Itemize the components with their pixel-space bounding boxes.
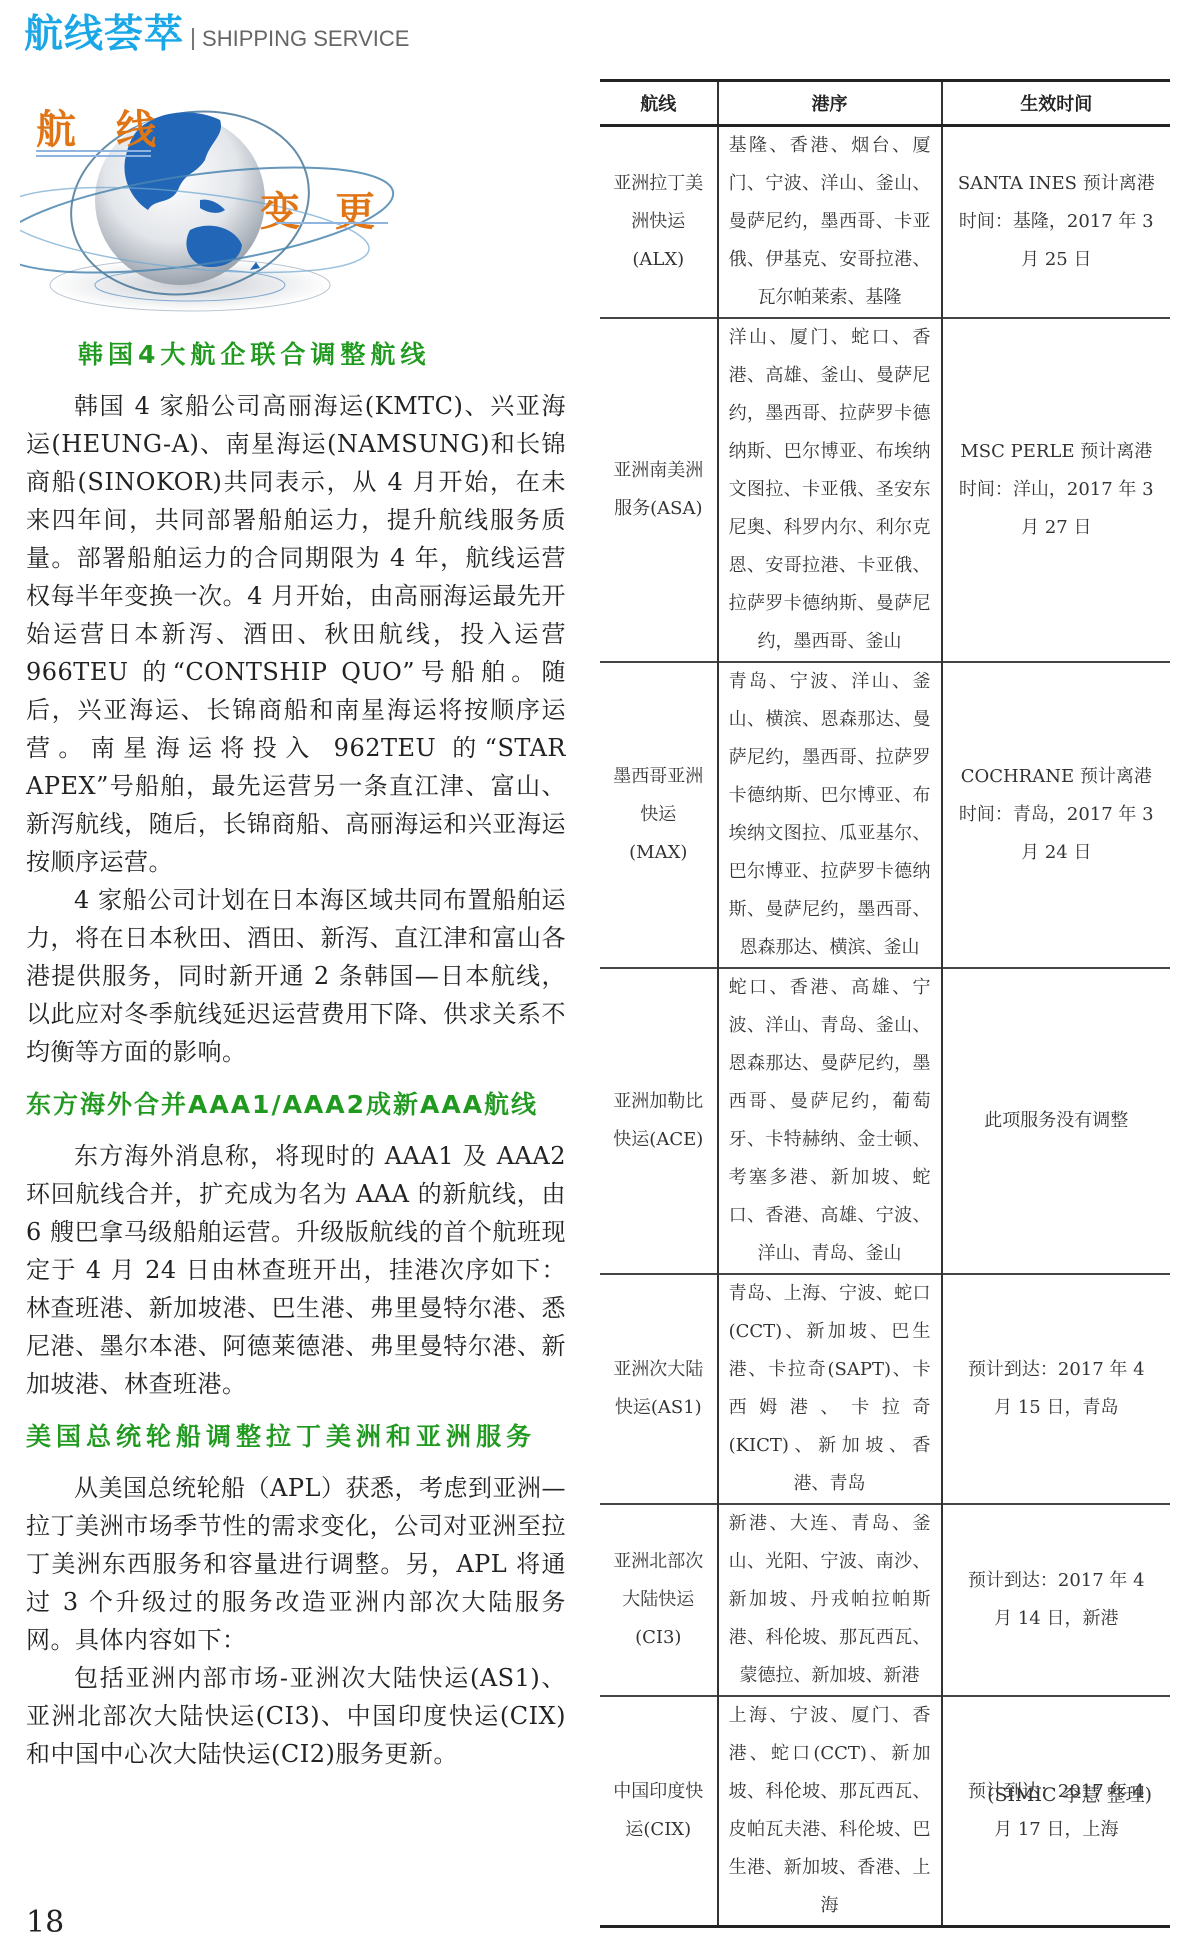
article-apl-paragraph-2: 包括亚洲内部市场-亚洲次大陆快运(AS1)、亚洲北部次大陆快运(CI3)、中国印…: [26, 1659, 566, 1773]
hero-underline-2: [36, 155, 151, 157]
article-title-apl: 美国总统轮船调整拉丁美洲和亚洲服务: [26, 1417, 566, 1457]
route-cell: 亚洲北部次大陆快运(CI3): [600, 1504, 718, 1696]
effective-cell: MSC PERLE 预计离港时间：洋山，2017 年 3 月 27 日: [942, 318, 1170, 662]
effective-cell: 预计到达：2017 年 4 月 14 日，新港: [942, 1504, 1170, 1696]
route-cell: 亚洲加勒比快运(ACE): [600, 968, 718, 1274]
hero-underline-3: [276, 222, 388, 224]
route-cell: 亚洲次大陆快运(AS1): [600, 1274, 718, 1504]
masthead-title-cn: 航线荟萃: [24, 12, 184, 58]
masthead-title-en: SHIPPING SERVICE: [202, 24, 409, 54]
hero-word-2: 线: [116, 98, 156, 155]
ports-cell: 青岛、上海、宁波、蛇口(CCT)、新加坡、巴生港、卡拉奇(SAPT)、卡西姆港、…: [718, 1274, 942, 1504]
route-cell: 墨西哥亚洲快运(MAX): [600, 662, 718, 968]
column-header-route: 航线: [600, 81, 718, 126]
article-apl-paragraph-1: 从美国总统轮船（APL）获悉，考虑到亚洲—拉丁美洲市场季节性的需求变化，公司对亚…: [26, 1469, 566, 1659]
column-header-effective: 生效时间: [942, 81, 1170, 126]
route-changes-table: 航线 港序 生效时间 亚洲拉丁美洲快运(ALX) 基隆、香港、烟台、厦门、宁波、…: [600, 79, 1170, 1928]
column-header-ports: 港序: [718, 81, 942, 126]
page-number: 18: [26, 1905, 64, 1940]
hero-word-4: 更: [335, 180, 375, 237]
article-oocl-paragraph-1: 东方海外消息称，将现时的 AAA1 及 AAA2 环回航线合并，扩充成为名为 A…: [26, 1137, 566, 1403]
table-row: 中国印度快运(CIX) 上海、宁波、厦门、香港、蛇口(CCT)、新加坡、科伦坡、…: [600, 1696, 1170, 1927]
ports-cell: 蛇口、香港、高雄、宁波、洋山、青岛、釜山、恩森那达、曼萨尼约，墨西哥、曼萨尼约，…: [718, 968, 942, 1274]
route-cell: 中国印度快运(CIX): [600, 1696, 718, 1927]
ports-cell: 洋山、厦门、蛇口、香港、高雄、釜山、曼萨尼约，墨西哥、拉萨罗卡德纳斯、巴尔博亚、…: [718, 318, 942, 662]
table-row: 亚洲南美洲服务(ASA) 洋山、厦门、蛇口、香港、高雄、釜山、曼萨尼约，墨西哥、…: [600, 318, 1170, 662]
article-korea-paragraph-1: 韩国 4 家船公司高丽海运(KMTC)、兴亚海运(HEUNG-A)、南星海运(N…: [26, 387, 566, 881]
globe-icon: [20, 80, 460, 320]
hero-word-1: 航: [36, 98, 76, 155]
table-row: 亚洲次大陆快运(AS1) 青岛、上海、宁波、蛇口(CCT)、新加坡、巴生港、卡拉…: [600, 1274, 1170, 1504]
masthead: 航线荟萃 SHIPPING SERVICE: [24, 8, 409, 58]
route-cell: 亚洲拉丁美洲快运(ALX): [600, 126, 718, 319]
table-row: 亚洲拉丁美洲快运(ALX) 基隆、香港、烟台、厦门、宁波、洋山、釜山、曼萨尼约，…: [600, 126, 1170, 319]
ports-cell: 青岛、宁波、洋山、釜山、横滨、恩森那达、曼萨尼约，墨西哥、拉萨罗卡德纳斯、巴尔博…: [718, 662, 942, 968]
article-korea-paragraph-2: 4 家船公司计划在日本海区域共同布置船舶运力，将在日本秋田、酒田、新泻、直江津和…: [26, 881, 566, 1071]
effective-cell: 预计到达：2017 年 4 月 17 日，上海: [942, 1696, 1170, 1927]
table-row: 墨西哥亚洲快运(MAX) 青岛、宁波、洋山、釜山、横滨、恩森那达、曼萨尼约，墨西…: [600, 662, 1170, 968]
effective-cell: 预计到达：2017 年 4 月 15 日，青岛: [942, 1274, 1170, 1504]
ports-cell: 基隆、香港、烟台、厦门、宁波、洋山、釜山、曼萨尼约，墨西哥、卡亚俄、伊基克、安哥…: [718, 126, 942, 319]
effective-cell: COCHRANE 预计离港时间：青岛，2017 年 3 月 24 日: [942, 662, 1170, 968]
ports-cell: 上海、宁波、厦门、香港、蛇口(CCT)、新加坡、科伦坡、那瓦西瓦、皮帕瓦夫港、科…: [718, 1696, 942, 1927]
effective-cell: SANTA INES 预计离港时间：基隆，2017 年 3 月 25 日: [942, 126, 1170, 319]
table-header-row: 航线 港序 生效时间: [600, 81, 1170, 126]
hero-globe-illustration: 航 线 变 更: [20, 80, 460, 320]
hero-word-3: 变: [260, 180, 300, 237]
ports-cell: 新港、大连、青岛、釜山、光阳、宁波、南沙、新加坡、丹戎帕拉帕斯港、科伦坡、那瓦西…: [718, 1504, 942, 1696]
route-cell: 亚洲南美洲服务(ASA): [600, 318, 718, 662]
article-title-korea: 韩国4大航企联合调整航线: [26, 335, 566, 375]
compiler-credit: (SIMIC 李慧 整理): [987, 1780, 1152, 1807]
hero-underline-1: [36, 150, 151, 152]
article-column: 韩国4大航企联合调整航线 韩国 4 家船公司高丽海运(KMTC)、兴亚海运(HE…: [26, 335, 566, 1773]
table-row: 亚洲北部次大陆快运(CI3) 新港、大连、青岛、釜山、光阳、宁波、南沙、新加坡、…: [600, 1504, 1170, 1696]
masthead-divider: [192, 28, 194, 50]
effective-cell: 此项服务没有调整: [942, 968, 1170, 1274]
table-row: 亚洲加勒比快运(ACE) 蛇口、香港、高雄、宁波、洋山、青岛、釜山、恩森那达、曼…: [600, 968, 1170, 1274]
article-title-oocl: 东方海外合并AAA1/AAA2成新AAA航线: [26, 1085, 566, 1125]
